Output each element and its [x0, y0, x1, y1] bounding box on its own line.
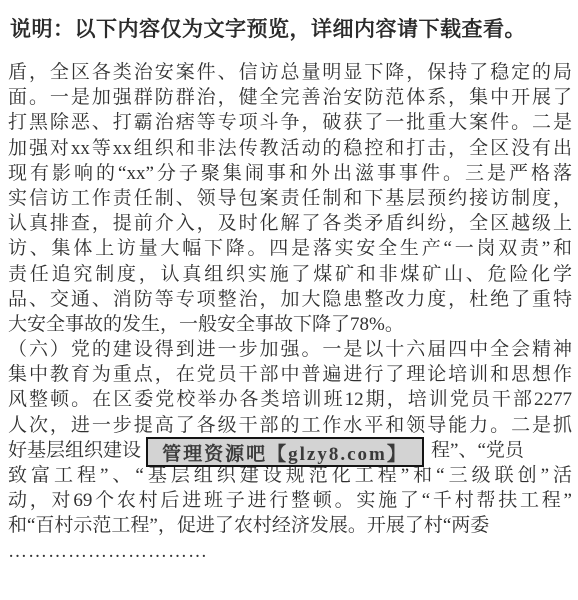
text-line: 现有影响的“xx”分子聚集闹事和外出滋事事件。三是严格落: [8, 161, 572, 186]
text-line: 品、交通、消防等专项整治，加大隐患整改力度，杜绝了重特: [8, 287, 572, 312]
text-line: 大安全事故的发生，一般安全事故下降了78%。: [8, 312, 572, 337]
text-fragment-left: 好基层组织建设: [8, 440, 141, 461]
text-line: （六）党的建设得到进一步加强。一是以十六届四中全会精神: [8, 337, 572, 362]
text-line: 和“百村示范工程”，促进了农村经济发展。开展了村“两委: [8, 513, 572, 538]
document-body: 盾，全区各类治安案件、信访总量明显下降，保持了稳定的局面。一是加强群防群治，健全…: [0, 52, 578, 564]
text-line: 访、集体上访量大幅下降。四是落实安全生产“一岗双责”和: [8, 236, 572, 261]
text-line: 动，对69个农村后进班子进行整顿。实施了“千村帮扶工程”: [8, 488, 572, 513]
text-fragment-right: 程”、“党员: [431, 440, 524, 461]
watermark-text: 管理资源吧【glzy8.com】: [162, 439, 408, 466]
text-line: 集中教育为重点，在党员干部中普遍进行了理论培训和思想作: [8, 362, 572, 387]
text-line: 认真排查，提前介入，及时化解了各类矛盾纠纷，全区越级上: [8, 211, 572, 236]
text-line: 面。一是加强群防群治，健全完善治安防范体系，集中开展了: [8, 85, 572, 110]
text-line: 人次，进一步提高了各级干部的工作水平和领导能力。二是抓: [8, 413, 572, 438]
preview-notice: 说明：以下内容仅为文字预览，详细内容请下载查看。: [0, 0, 578, 52]
ellipsis-line: …………………………: [8, 539, 572, 564]
text-line: 风整顿。在区委党校举办各类培训班12期，培训党员干部2277: [8, 387, 572, 412]
text-line: 打黑除恶、打霸治痞等专项斗争，破获了一批重大案件。二是: [8, 110, 572, 135]
text-line: 盾，全区各类治安案件、信访总量明显下降，保持了稳定的局: [8, 60, 572, 85]
text-line: 加强对xx等xx组织和非法传教活动的稳控和打击，全区没有出: [8, 136, 572, 161]
watermark-badge: 管理资源吧【glzy8.com】: [146, 437, 424, 467]
text-line: 责任追究制度，认真组织实施了煤矿和非煤矿山、危险化学: [8, 262, 572, 287]
document-preview-page: 说明：以下内容仅为文字预览，详细内容请下载查看。 盾，全区各类治安案件、信访总量…: [0, 0, 578, 600]
text-line: 实信访工作责任制、领导包案责任制和下基层预约接访制度，: [8, 186, 572, 211]
